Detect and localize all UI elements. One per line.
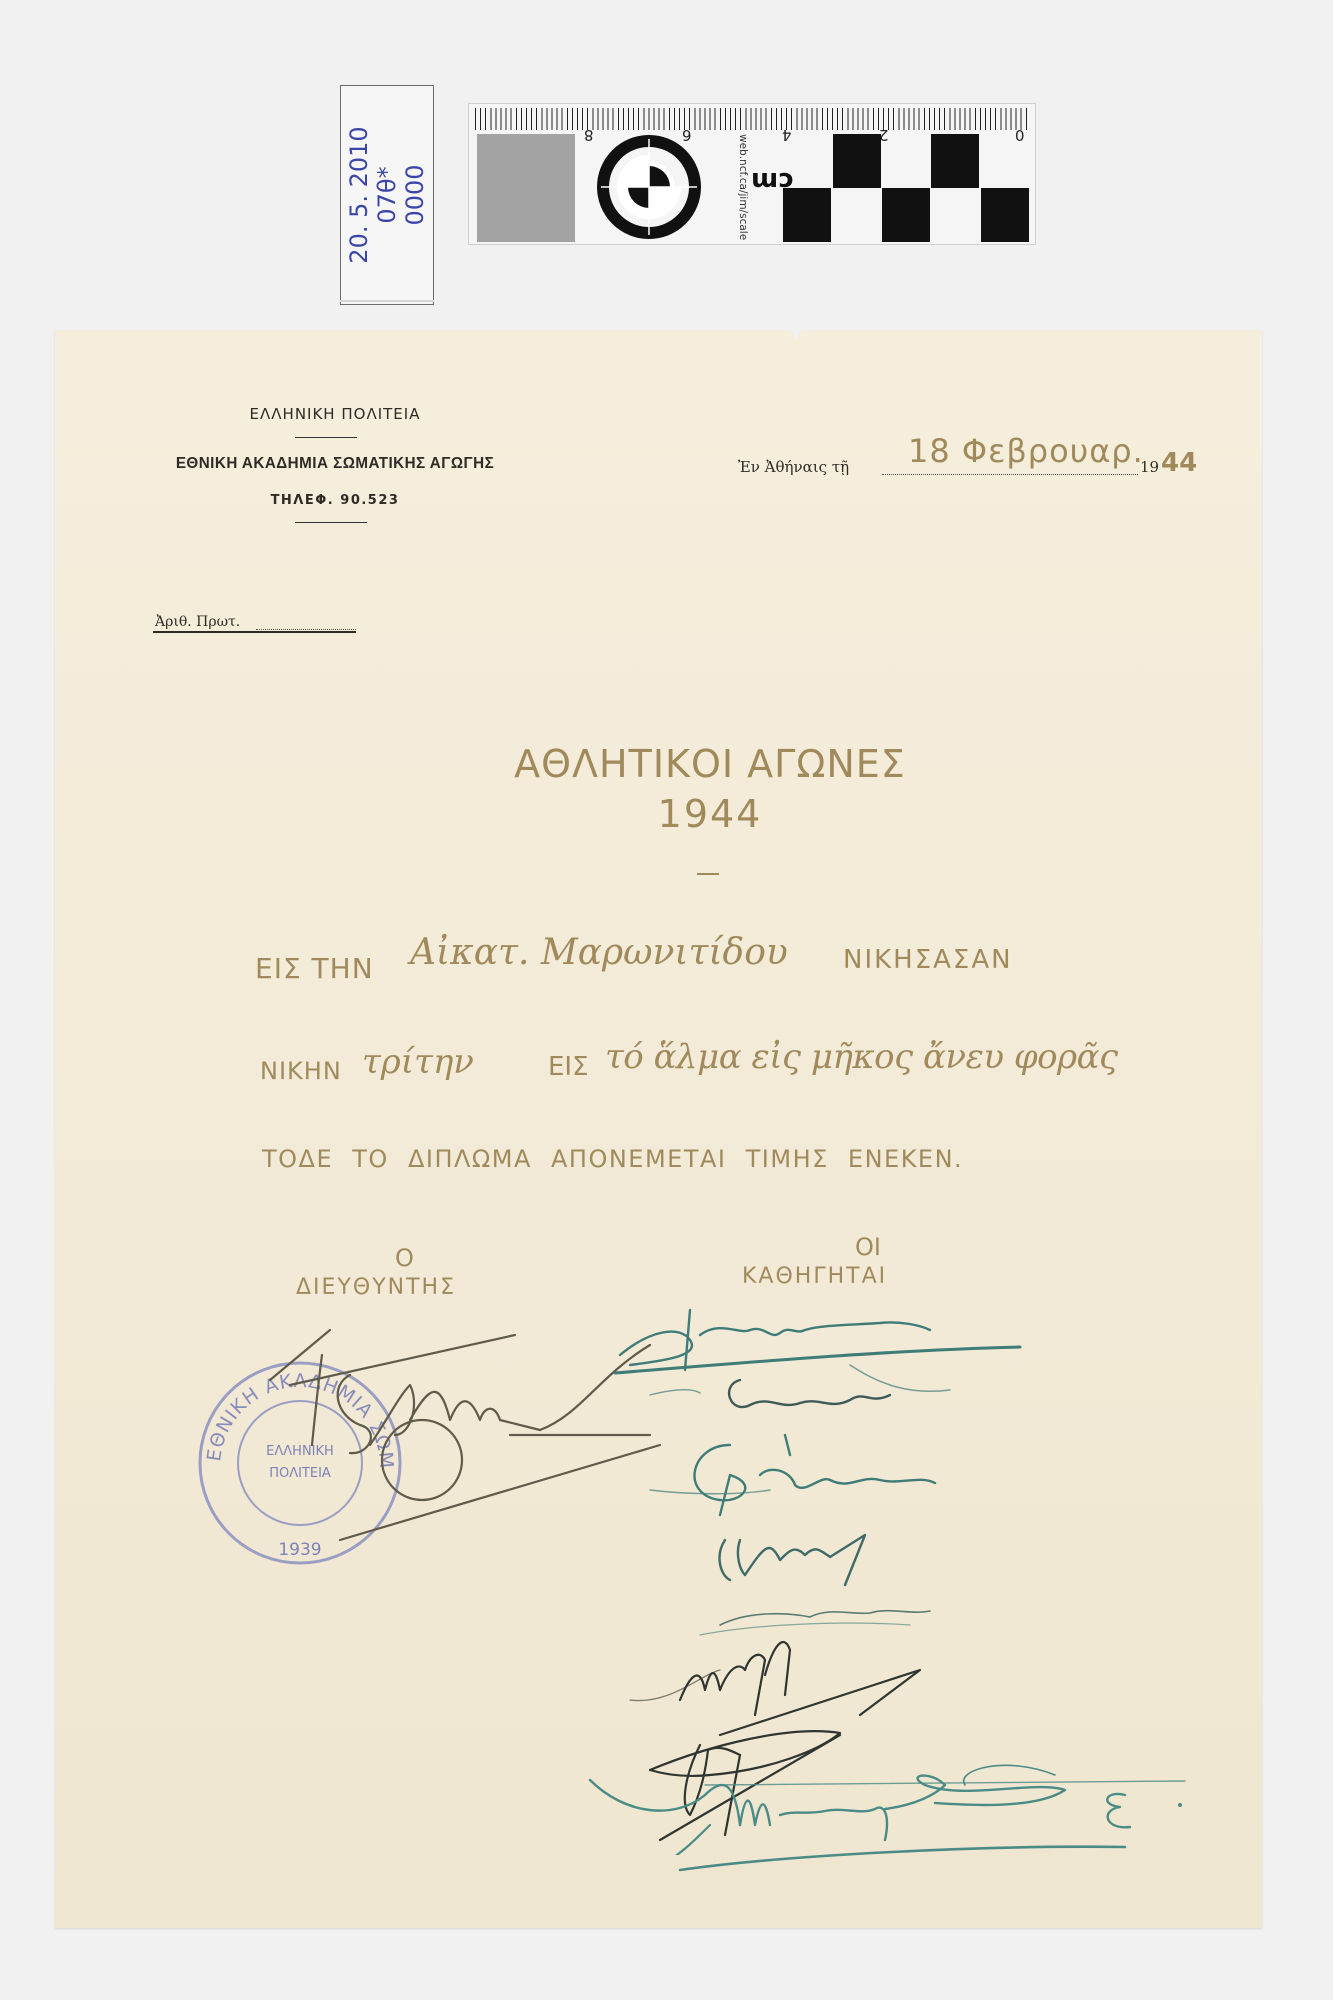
director-title: ΔΙΕΥΘΥΝΤΗΣ: [296, 1275, 456, 1300]
gray-reference-patch: [477, 134, 575, 242]
letterhead-divider: [295, 522, 367, 523]
checker-square: [783, 188, 831, 242]
title-dash: [697, 873, 719, 875]
teachers-article: ΟΙ: [855, 1233, 881, 1261]
recipient-name: Αἰκατ. Μαρωνιτίδου: [410, 932, 788, 973]
checker-square: [882, 188, 930, 242]
teachers-title: ΚΑΘΗΓΗΤΑΙ: [742, 1264, 887, 1289]
line1-prefix: ΕΙΣ ΤΗΝ: [255, 952, 374, 985]
letterhead-divider: [295, 437, 357, 438]
protocol-number-field: [256, 629, 356, 630]
checker-square: [833, 134, 881, 188]
line1-suffix: ΝΙΚΗΣΑΣΑΝ: [843, 945, 1013, 975]
line3-award-text: ΤΟΔΕ ΤΟ ΔΙΠΛΩΜΑ ΑΠΟΝΕΜΕΤΑΙ ΤΙΜΗΣ ΕΝΕΚΕΝ.: [262, 1145, 963, 1173]
protocol-number-label: Ἀριθ. Πρωτ.: [155, 614, 240, 630]
paper-tear-notch: [788, 326, 804, 340]
tick-0: 0: [1015, 126, 1025, 144]
accession-code: 07θ*: [373, 126, 401, 263]
line2-prefix: ΝΙΚΗΝ: [260, 1057, 342, 1085]
certificate-year: 1944: [400, 792, 1020, 836]
line2-mid: ΕΙΣ: [548, 1052, 589, 1082]
letterhead-institution: ΕΘΝΙΚΗ ΑΚΑΔΗΜΙΑ ΣΩΜΑΤΙΚΗΣ ΑΓΩΓΗΣ: [159, 455, 511, 473]
year-printed: 19: [1140, 458, 1159, 476]
signature-dot: [1178, 1803, 1182, 1807]
tick-8: 8: [584, 126, 594, 144]
scale-ticks: [475, 108, 1029, 130]
teacher-signature-large: [585, 1745, 1205, 1885]
checker-square: [981, 188, 1029, 242]
dateline-prefix: Ἐν Ἀθήναις τῇ: [738, 458, 849, 476]
accession-label-text: 20. 5. 2010 07θ* 0000: [345, 126, 429, 263]
handwritten-date: 18 Φεβρουαρ.: [908, 432, 1144, 470]
event-name: τό ἅλμα εἰς μῆκος ἄνευ φορᾶς: [605, 1037, 1118, 1077]
scale-bar: 0 2 4 6 8 web.ncf.ca/jim/scale cm: [468, 103, 1036, 245]
letterhead-state: ΕΛΛΗΝΙΚΗ ΠΟΛΙΤΕΙΑ: [150, 405, 520, 423]
date-field: [882, 474, 1138, 475]
accession-date: 20. 5. 2010: [345, 126, 373, 263]
director-article: Ο: [395, 1244, 414, 1272]
label-shadow-line: [340, 300, 434, 302]
scale-url: web.ncf.ca/jim/scale: [731, 134, 749, 242]
accession-label: 20. 5. 2010 07θ* 0000: [340, 85, 434, 305]
year-handwritten: 44: [1161, 448, 1197, 478]
checker-square: [931, 134, 979, 188]
letterhead-phone: ΤΗΛΕΦ. 90.523: [150, 493, 520, 508]
focus-target-icon: [597, 134, 701, 240]
protocol-underline: [153, 631, 356, 633]
certificate-title: ΑΘΛΗΤΙΚΟΙ ΑΓΩΝΕΣ: [400, 742, 1020, 786]
tick-4: 4: [782, 126, 792, 144]
accession-number: 0000: [401, 126, 429, 263]
placement: τρίτην: [362, 1042, 474, 1082]
